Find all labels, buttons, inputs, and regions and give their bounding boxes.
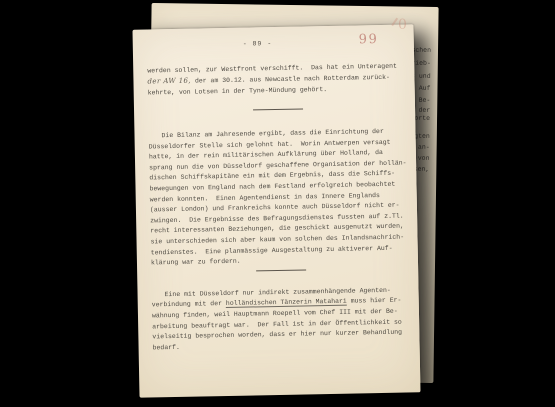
paragraph: Eine mit Düsseldorf nur indirekt zusamme… <box>151 285 412 354</box>
typed-page-number: - 89 - <box>243 40 273 48</box>
back-page-text-fragment: der <box>418 107 430 114</box>
back-page-text-fragment: Auf <box>419 85 431 92</box>
text-segment: der am 30.12. aus Newcastle nach Rotterd… <box>191 74 390 85</box>
underlined-phrase: holländischen Tänzerin Matahari <box>226 298 347 308</box>
text-segment: verbindung mit der <box>152 300 226 308</box>
document-scan: tschen chrieb- s und Auf Be- der Worte l… <box>0 0 555 407</box>
section-divider <box>256 269 306 271</box>
text-segment: muss hier Er- <box>347 297 402 305</box>
front-page: - 89 - 99 werden sollen, zur Westfront v… <box>132 24 420 397</box>
pencil-annotation: der AW 16, <box>147 77 191 86</box>
section-divider <box>253 108 303 110</box>
page-body: werden sollen, zur Westfront verschifft.… <box>147 60 412 353</box>
paragraph: werden sollen, zur Westfront verschifft.… <box>147 60 408 98</box>
back-page-red-number-stamp: 0 <box>398 17 408 33</box>
back-page-text-fragment: Be- <box>419 97 431 104</box>
paragraph: Die Bilanz am Jahresende ergibt, dass di… <box>148 126 411 269</box>
red-pencil-page-number: 99 <box>359 32 379 47</box>
